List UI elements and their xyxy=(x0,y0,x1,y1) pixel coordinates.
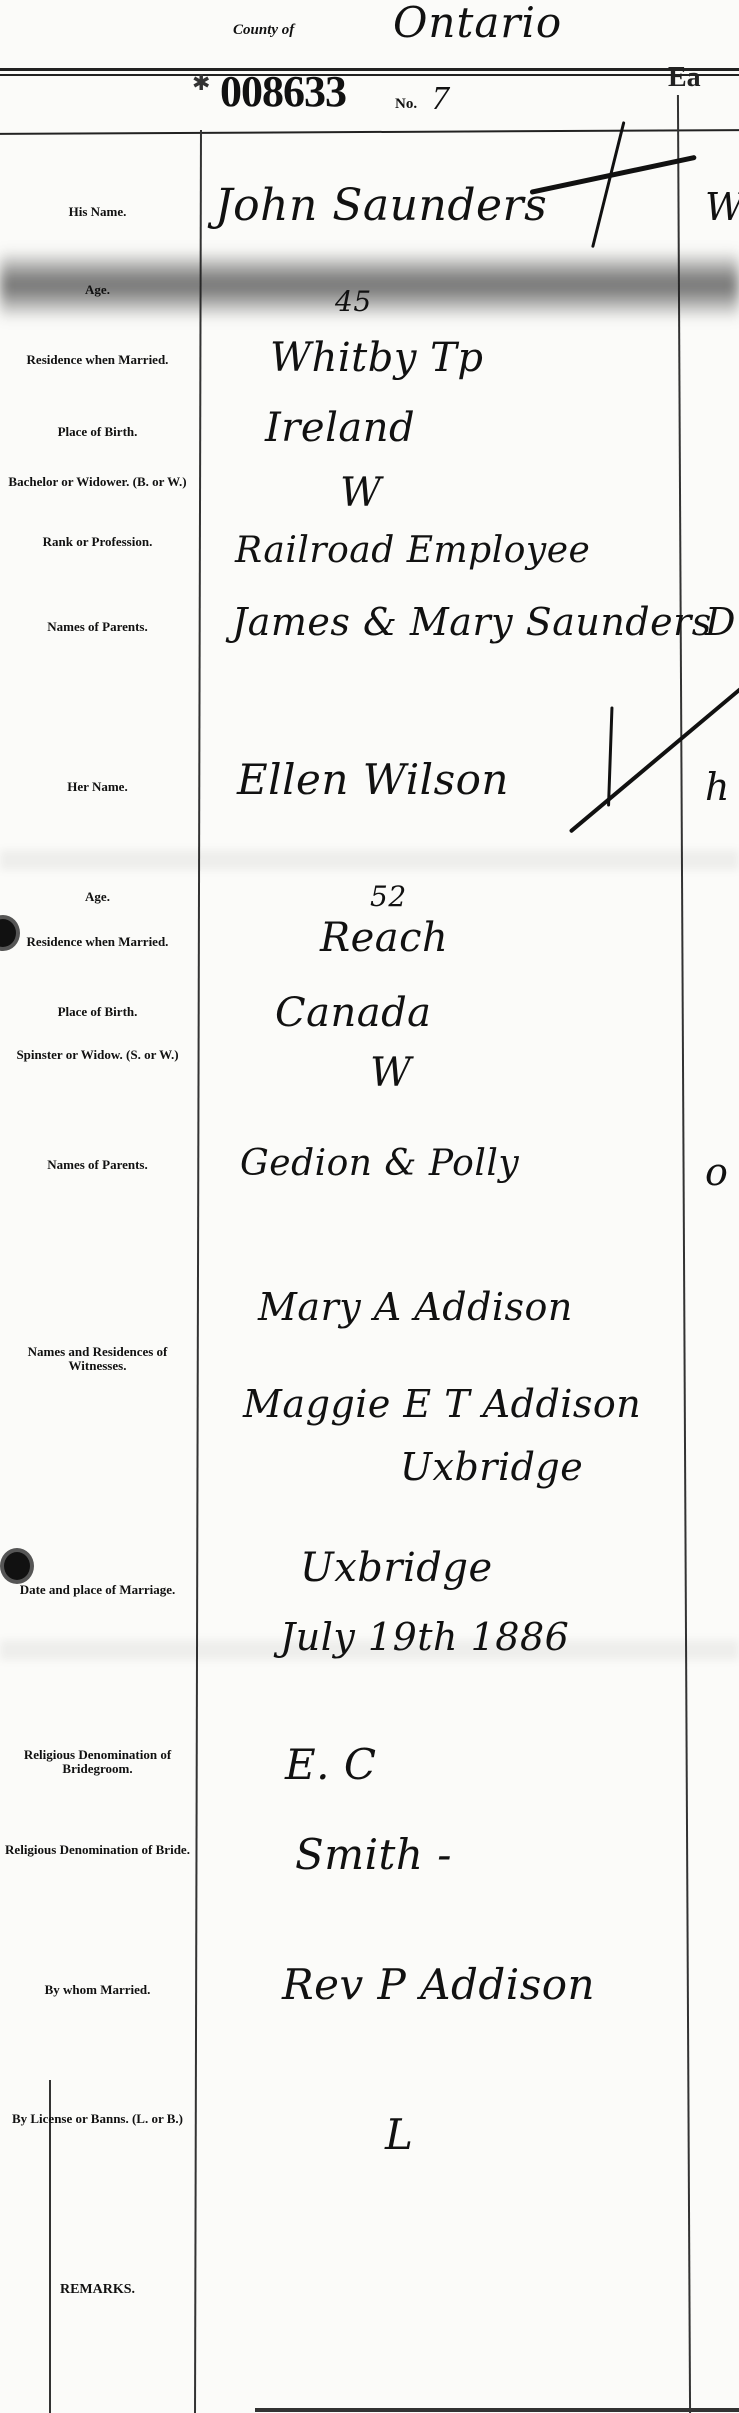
witness-1: Mary A Addison xyxy=(258,1285,573,1329)
bride-status-label: Spinster or Widow. (S. or W.) xyxy=(0,1048,195,1062)
license-label: By License or Banns. (L. or B.) xyxy=(0,2112,195,2126)
bridegroom-religion-value: E. C xyxy=(285,1740,377,1789)
bride-name-label: Her Name. xyxy=(0,780,195,794)
bride-residence-label: Residence when Married. xyxy=(0,935,195,949)
star-stamp-icon: ✱ xyxy=(192,70,210,96)
witness-2: Maggie E T Addison xyxy=(243,1382,641,1426)
license-value: L xyxy=(385,2110,413,2159)
bride-parents-value: Gedion & Polly xyxy=(240,1143,519,1184)
next-entry-fragment: W xyxy=(705,185,739,229)
cancel-stroke xyxy=(607,706,613,806)
header-top-rule xyxy=(0,68,739,71)
cancel-stroke xyxy=(591,121,625,248)
groom-birthplace-label: Place of Birth. xyxy=(0,425,195,439)
entry-number-label: No. xyxy=(395,96,417,113)
groom-status-value: W xyxy=(340,470,382,516)
marriage-register-page: County of Ontario ✱ 008633 No. 7 Ea His … xyxy=(0,0,739,2413)
marriage-date-value: July 19th 1886 xyxy=(280,1615,569,1659)
bride-parents-label: Names of Parents. xyxy=(0,1158,195,1172)
bride-birthplace-value: Canada xyxy=(275,990,432,1036)
groom-name-value: John Saunders xyxy=(215,180,547,231)
witnesses-label: Names and Residences of Witnesses. xyxy=(0,1345,195,1373)
groom-birthplace-value: Ireland xyxy=(265,405,415,451)
next-column-fragment: Ea xyxy=(668,62,701,94)
groom-age-value: 45 xyxy=(335,285,372,318)
bride-age-value: 52 xyxy=(370,880,407,913)
groom-name-label: His Name. xyxy=(0,205,195,219)
header-bottom-rule xyxy=(0,129,739,135)
header-top-rule-thin xyxy=(0,74,739,76)
groom-profession-value: Railroad Employee xyxy=(235,530,590,571)
left-margin-line xyxy=(49,2080,51,2413)
groom-profession-label: Rank or Profession. xyxy=(0,535,195,549)
groom-age-label: Age. xyxy=(0,283,195,297)
officiant-label: By whom Married. xyxy=(0,1983,195,1997)
binding-hole xyxy=(0,1548,34,1584)
entry-number-value: 7 xyxy=(432,80,449,118)
officiant-value: Rev P Addison xyxy=(282,1960,595,2009)
bridegroom-religion-label: Religious Denomination of Bridegroom. xyxy=(0,1748,195,1776)
bottom-edge-rule xyxy=(255,2408,739,2412)
bride-religion-label: Religious Denomination of Bride. xyxy=(0,1843,195,1857)
county-label: County of xyxy=(233,22,294,39)
groom-status-label: Bachelor or Widower. (B. or W.) xyxy=(0,475,195,489)
scan-band xyxy=(0,850,739,870)
bride-name-value: Ellen Wilson xyxy=(237,755,509,804)
cancel-stroke xyxy=(569,683,739,834)
bride-residence-value: Reach xyxy=(320,915,448,961)
witness-residence: Uxbridge xyxy=(400,1445,583,1489)
label-column-divider xyxy=(194,130,201,2413)
county-value: Ontario xyxy=(393,0,562,47)
right-column-divider xyxy=(677,95,691,2413)
bride-birthplace-label: Place of Birth. xyxy=(0,1005,195,1019)
next-entry-fragment: o xyxy=(705,1150,728,1194)
next-entry-fragment: D xyxy=(705,600,735,644)
marriage-date-place-label: Date and place of Marriage. xyxy=(0,1583,195,1597)
groom-parents-value: James & Mary Saunders xyxy=(232,600,712,644)
bride-age-label: Age. xyxy=(0,890,195,904)
groom-residence-value: Whitby Tp xyxy=(270,335,483,381)
registration-number: 008633 xyxy=(220,66,346,117)
groom-residence-label: Residence when Married. xyxy=(0,353,195,367)
bride-status-value: W xyxy=(370,1050,412,1096)
remarks-label: REMARKS. xyxy=(0,2283,195,2297)
groom-parents-label: Names of Parents. xyxy=(0,620,195,634)
bride-religion-value: Smith - xyxy=(295,1830,452,1879)
marriage-place-value: Uxbridge xyxy=(300,1545,493,1591)
next-entry-fragment: h xyxy=(705,765,729,809)
